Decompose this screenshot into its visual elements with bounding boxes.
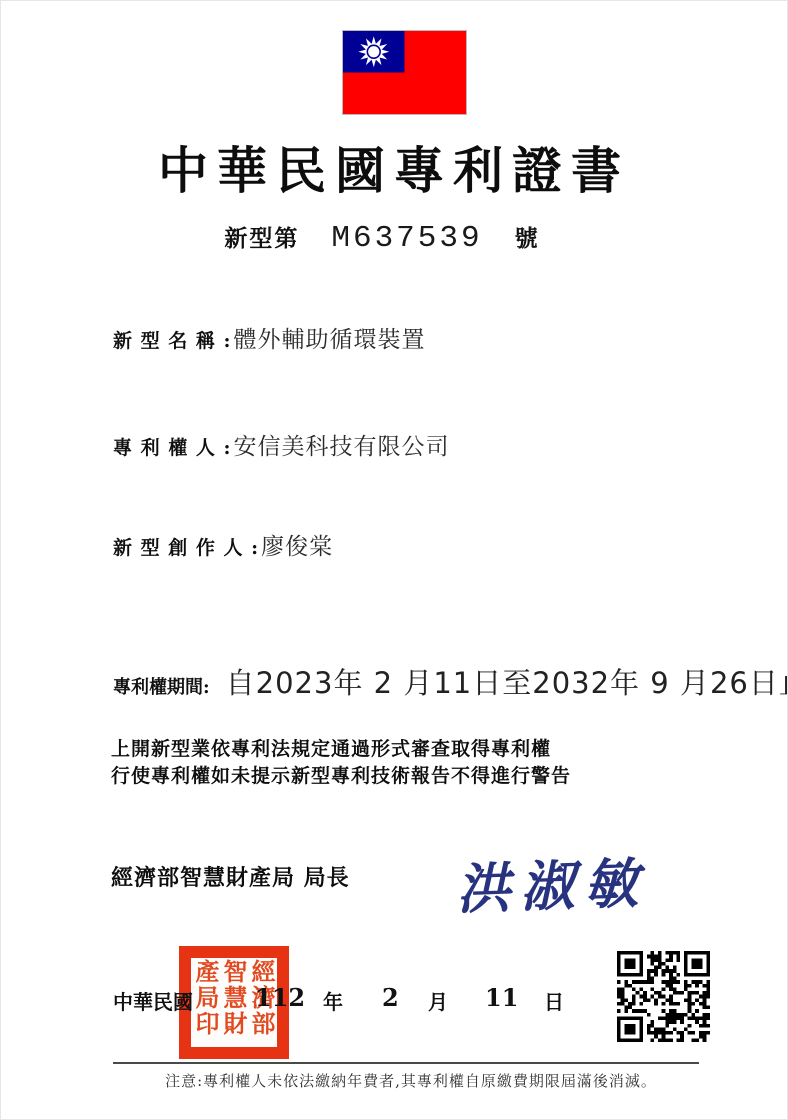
legal-line-1: 上開新型業依專利法規定通過形式審查取得專利權: [111, 736, 571, 763]
roc-flag-icon: [343, 31, 466, 114]
issuer-office-title: 經濟部智慧財產局 局長: [111, 861, 350, 892]
date-month-unit: 月: [428, 986, 448, 1015]
date-month: 2: [382, 983, 399, 1012]
patent-number: M637539: [331, 221, 482, 256]
field-value: 廖俊棠: [261, 528, 333, 561]
term-value: 自2023年 2 月11日至2032年 9 月26日止: [226, 661, 788, 702]
field-value: 安信美科技有限公司: [233, 428, 449, 461]
field-patent-term: 專利權期間: 自2023年 2 月11日至2032年 9 月26日止: [113, 661, 788, 702]
date-year: 112: [255, 983, 305, 1012]
patent-number-line: 新型第 M637539 號: [0, 220, 775, 256]
field-value: 體外輔助循環裝置: [233, 321, 425, 354]
issue-date-row: 中華民國 112 年 2 月 11 日: [1, 983, 787, 1013]
footer-divider: [113, 1062, 699, 1064]
patent-number-prefix: 新型第: [224, 220, 299, 253]
patent-certificate-page: 中華民國專利證書 新型第 M637539 號 新 型 名 稱 : 體外輔助循環裝…: [0, 0, 788, 1120]
date-year-unit: 年: [323, 986, 343, 1015]
roc-flag-svg: [343, 31, 466, 114]
field-label: 新 型 創 作 人 :: [113, 533, 259, 560]
patent-number-suffix: 號: [515, 220, 540, 253]
term-label: 專利權期間:: [113, 673, 210, 699]
legal-statement: 上開新型業依專利法規定通過形式審查取得專利權 行使專利權如未提示新型專利技術報告…: [111, 736, 571, 790]
certificate-title: 中華民國專利證書: [1, 131, 787, 203]
field-label: 專 利 權 人 :: [113, 433, 231, 460]
date-era: 中華民國: [113, 986, 193, 1015]
footer-note: 注意:專利權人未依法繳納年費者,其專利權自原繳費期限屆滿後消滅。: [1, 1070, 788, 1091]
field-creator: 新 型 創 作 人 : 廖俊棠: [113, 528, 333, 561]
date-day-unit: 日: [544, 986, 564, 1015]
field-patentee: 專 利 權 人 : 安信美科技有限公司: [113, 428, 449, 461]
legal-line-2: 行使專利權如未提示新型專利技術報告不得進行警告: [111, 763, 571, 790]
date-day: 11: [485, 983, 518, 1012]
field-label: 新 型 名 稱 :: [113, 326, 231, 353]
director-signature: 洪淑敏: [455, 841, 650, 925]
field-utility-model-name: 新 型 名 稱 : 體外輔助循環裝置: [113, 321, 425, 354]
